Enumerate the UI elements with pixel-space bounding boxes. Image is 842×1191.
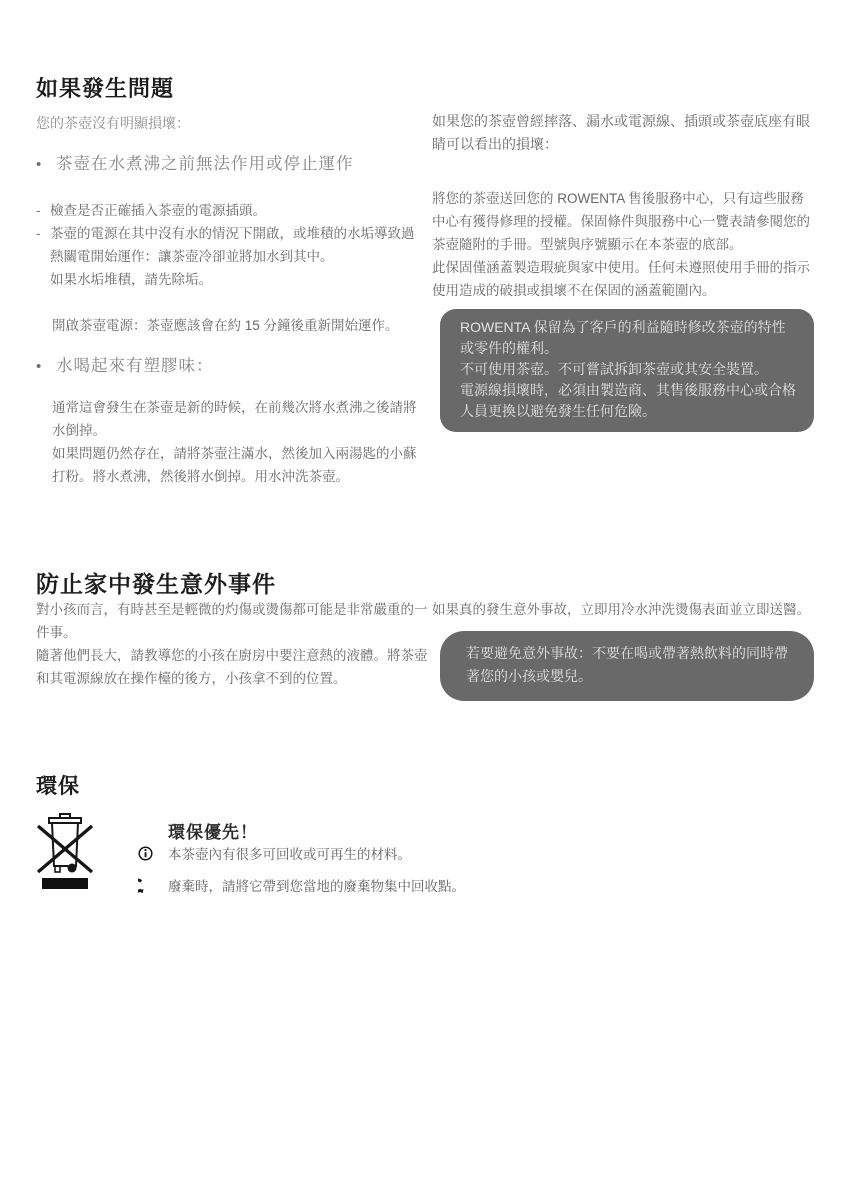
symptom-text: 水喝起來有塑膠味： [56,355,214,378]
accidents-left-column: 對小孩而言，有時甚至是輕微的灼傷或燙傷都可能是非常嚴重的一件事。 隨著他們長大，… [36,598,428,690]
check-text: 茶壺的電源在其中沒有水的情況下開啟，或堆積的水垢導致過熱關電開始運作：讓茶壺冷卻… [50,222,426,291]
check-text: 檢查是否正確插入茶壺的電源插頭。 [50,199,426,222]
manual-page: 如果發生問題 您的茶壺沒有明顯損壞： 茶壺在水煮沸之前無法作用或停止運作 檢查是… [0,0,842,1191]
dash-icon [36,222,50,291]
environment-item-text: 本茶壺內有很多可回收或可再生的材料。 [168,845,728,865]
bullet-icon [36,153,56,176]
accident-warning-box: 若要避免意外事故：不要在喝或帶著熱飲料的同時帶著您的小孩或嬰兒。 [440,631,814,701]
environment-item-text: 廢棄時，請將它帶到您當地的廢棄物集中回收點。 [168,877,728,897]
section-title-troubleshooting: 如果發生問題 [36,72,174,103]
troubleshooting-left-column: 您的茶壺沒有明顯損壞： 茶壺在水煮沸之前無法作用或停止運作 檢查是否正確插入茶壺… [36,108,426,488]
list-item: 茶壺的電源在其中沒有水的情況下開啟，或堆積的水垢導致過熱關電開始運作：讓茶壺冷卻… [36,222,426,291]
symptom-item: 茶壺在水煮沸之前無法作用或停止運作 [36,153,426,176]
recycle-arrow-icon [122,877,168,893]
troubleshooting-right-column: 如果您的茶壺曾經摔落、漏水或電源線、插頭或茶壺底座有眼睛可以看出的損壞： 將您的… [432,108,814,432]
check-list: 檢查是否正確插入茶壺的電源插頭。 茶壺的電源在其中沒有水的情況下開啟，或堆積的水… [36,199,426,291]
first-aid-para: 如果真的發生意外事故，立即用冷水沖洗燙傷表面並立即送醫。 [432,598,814,621]
plastic-taste-note: 通常這會發生在茶壺是新的時候，在前幾次將水煮沸之後請將水倒掉。 如果問題仍然存在… [52,396,426,488]
info-circle-icon [122,845,168,861]
no-damage-intro: 您的茶壺沒有明顯損壞： [36,112,426,135]
environment-headline: 環保優先！ [168,818,258,843]
list-item: 檢查是否正確插入茶壺的電源插頭。 [36,199,426,222]
environment-item: 本茶壺內有很多可回收或可再生的材料。 [122,845,728,865]
symptom-item: 水喝起來有塑膠味： [36,355,426,378]
dash-icon [36,199,50,222]
weee-crossed-bin-icon [36,808,94,892]
safety-warning-box: ROWENTA 保留為了客戶的利益隨時修改茶壺的特性或零件的權利。 不可使用茶壺… [440,309,814,432]
restart-note: 開啟茶壺電源：茶壺應該會在約 15 分鐘後重新開始運作。 [52,314,426,337]
accidents-right-column: 如果真的發生意外事故，立即用冷水沖洗燙傷表面並立即送醫。 若要避免意外事故：不要… [432,598,814,701]
section-title-accidents: 防止家中發生意外事件 [36,566,276,599]
children-burns-para: 對小孩而言，有時甚至是輕微的灼傷或燙傷都可能是非常嚴重的一件事。 隨著他們長大，… [36,598,428,690]
section-title-environment: 環保 [36,770,80,800]
visible-damage-intro: 如果您的茶壺曾經摔落、漏水或電源線、插頭或茶壺底座有眼睛可以看出的損壞： [432,110,814,156]
bullet-icon [36,355,56,378]
service-center-info: 將您的茶壺送回您的 ROWENTA 售後服務中心，只有這些服務中心有獲得修理的授… [432,187,814,302]
symptom-text: 茶壺在水煮沸之前無法作用或停止運作 [56,153,354,176]
environment-item: 廢棄時，請將它帶到您當地的廢棄物集中回收點。 [122,877,728,897]
